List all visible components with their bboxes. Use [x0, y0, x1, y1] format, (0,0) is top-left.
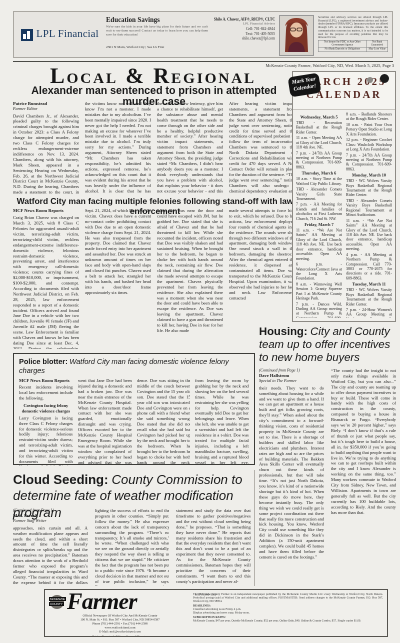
calendar-event: 11 a.m. - “We Are Not Saints” AA Meeting…: [296, 228, 342, 261]
ad-body-text: We're sure the kids in your life have bi…: [106, 25, 208, 37]
cloud-seeding-label: Cloud Seeding:: [13, 472, 108, 487]
article-column: statement and study the data over that t…: [176, 508, 251, 586]
article-column: “The county had the insight to not only …: [331, 368, 396, 586]
headline-housing: Housing: City and County team up to offe…: [259, 326, 396, 365]
masthead-left: McKENZIE COUNTY Farmer Official Newspape…: [45, 590, 191, 636]
calendar-event: TBD - WC Wolves Varsity Boys Basketball …: [346, 288, 392, 307]
calendar-event: 6 p.m. - Watercolors/Connect Java at the…: [296, 262, 342, 281]
calendar-event: 4 p.m. - AA Meeting at Northern Pump & C…: [346, 252, 392, 280]
column-text: “The county had the insight to not only …: [331, 368, 396, 515]
calendar-event: 7 p.m. - 24/7th AA Group meeting at Nort…: [296, 151, 342, 170]
ad-address: 2301 N Main, Watford City | See Us First: [106, 45, 208, 49]
masthead-name: Farmer: [67, 592, 137, 613]
calendar-event: 7 p.m. - 24-Hour Women's AA Group Meetin…: [346, 308, 392, 319]
article-column: went that Jane Doe had been injured duri…: [78, 378, 132, 466]
column-text: the court to show leniency, give him a c…: [157, 101, 223, 194]
article-column: from leaving the room by grabbing her by…: [195, 378, 249, 466]
calendar-date-header: Tuesday, March 11: [346, 282, 392, 287]
calendar-sidebar: Mark Your Calendar! MARCH 2025 CALENDAR …: [292, 71, 396, 322]
byline-title: Special to The Farmer: [259, 379, 324, 384]
police-blotter-body: MCF News Room Reports Recent incidents i…: [19, 378, 249, 466]
calendar-event: 7 p.m. - 24/7th AA Group meeting at Nort…: [346, 153, 392, 172]
column-text: made several attempts to force him to ex…: [229, 208, 295, 301]
lpl-logo-icon: [21, 29, 33, 41]
column-text: when she was near the door and could hav…: [157, 208, 223, 333]
pushpin-icon: [367, 77, 373, 83]
advisor-photo: [279, 15, 314, 56]
disclaimer-table: Not Insured by FDIC or Any Other Governm…: [318, 40, 388, 52]
disclaimer-cell: Not Bank Guaranteed: [366, 40, 387, 47]
calendar-date-header: Friday, March 7: [296, 223, 342, 228]
ad-banner: LPL Financial Education Savings We're su…: [13, 11, 393, 58]
column-divider-rule: [254, 470, 255, 586]
disclaimer-cell: Not Insured by FDIC or Any Other Governm…: [318, 40, 366, 47]
column-text: went that Jane Doe had been injured duri…: [78, 378, 132, 466]
pushpin-icon: [380, 74, 389, 83]
article-column: (Continued from Page 1) Dave Hallstrom S…: [259, 368, 324, 586]
ad-copy: Education Savings We're sure the kids in…: [106, 15, 208, 54]
calendar-event: TBD - Alexander Comets Varsity Girls Sta…: [296, 187, 342, 201]
blotter-intro: Recent incidents involving local law enf…: [19, 385, 73, 401]
column-text: lighting the success of efforts to end t…: [95, 508, 170, 586]
blotter-subhead: Covington facing felony domestic violenc…: [19, 403, 73, 414]
calendar-event: 8 a.m. - Winnowing Well Session 1: Grant…: [296, 282, 342, 301]
lpl-brand: LPL Financial: [18, 15, 102, 54]
calendar-column: 8 a.m. - Badlands Shooters at the Rough …: [346, 112, 392, 318]
masthead-right: The McKenzie County Farmer is an indepen…: [191, 590, 387, 636]
calendar-event: 11 a.m. - “We Are Not Saints” AA Meeting…: [346, 218, 392, 251]
calendar-date-header: Thursday, March 6: [296, 171, 342, 176]
police-blotter-header: Police blotter: Watford City man facing …: [19, 357, 249, 375]
column-text: from leaving the room by grabbing her by…: [195, 378, 249, 466]
calendar-event: 12 p.m. - Beginner Crochet Class: Washcl…: [346, 138, 392, 152]
ad-headline: Education Savings: [106, 17, 208, 24]
calendar-body: Wednesday, March 5TBD - Recreation Baske…: [293, 110, 395, 320]
calendar-event: 10 a.m. - Story Time at the Watford City…: [296, 177, 342, 186]
advisor-title: LPL Financial Advisor: [212, 22, 275, 26]
calendar-event: 7 p.m. - Dances Wild, Darling AA Group m…: [296, 302, 342, 318]
newspaper-page: { "page_meta": { "citation": "McKenzie C…: [0, 0, 400, 643]
subscription-rates: McKenzie County, $47 per year. Outside M…: [193, 620, 383, 624]
disclaimer-cell: Not Bank Deposits or Obligations: [318, 47, 366, 51]
publication-info: The McKenzie County Farmer is an indepen…: [193, 593, 383, 604]
lpl-brand-name: LPL Financial: [36, 29, 99, 40]
article-column: when she was near the door and could hav…: [157, 208, 223, 349]
column-text: approaches, rain curtain and all. A weat…: [13, 525, 88, 586]
police-blotter-box: Police blotter: Watford City man facing …: [13, 353, 255, 465]
calendar-event: TBD - Alexander Comets Varsity Boys Bask…: [346, 198, 392, 217]
disclaimer-cell: May Lose Value: [366, 47, 387, 51]
calendar-event: 7 p.m. - AA Meeting for friends and fami…: [296, 202, 342, 221]
column-text: their needs. They want to do something a…: [259, 385, 324, 560]
article-housing-body: (Continued from Page 1) Dave Hallstrom S…: [259, 368, 396, 586]
calendar-event: TBD - Recreation Basketball at the Rough…: [296, 120, 342, 134]
seal-text: McKENZIE: [49, 597, 66, 601]
article-column: After hearing victim impact statements, …: [229, 101, 295, 194]
column-text: statement and study the data over that t…: [176, 508, 251, 584]
masthead-box: McKENZIE COUNTY Farmer Official Newspape…: [44, 589, 388, 637]
byline-name: MCF News Room Reports: [19, 378, 73, 384]
calendar-event: 8 a.m. - Badlands Shooters at the Rough …: [346, 112, 392, 121]
column-text: Sept. 21, 2024, of which Doe was the vic…: [85, 208, 151, 295]
byline-title: Farmer Editor: [13, 107, 79, 112]
article-column: Sept. 21, 2024, of which Doe was the vic…: [85, 208, 151, 349]
column-text: Craig Brian Chavez was charged on March …: [13, 215, 79, 349]
column-text: the victims know me well and they know I…: [85, 101, 151, 194]
seal-text: COUNTY: [49, 602, 64, 606]
article-column: the court to show leniency, give him a c…: [157, 101, 223, 194]
column-text: David Chambers Jr., of Alexander, pleade…: [13, 113, 79, 194]
advisor-email: shilo.chavez@lpl.com: [212, 36, 275, 41]
article-column: made several attempts to force him to ex…: [229, 208, 295, 310]
article-column: the victims know me well and they know I…: [85, 101, 151, 194]
advisor-info: Shilo A. Chavez, AIF®, RICP®, CLTC LPL F…: [212, 15, 275, 54]
byline-title: Farmer Staff Writer: [13, 519, 88, 524]
calendar-header: Mark Your Calendar! MARCH 2025 CALENDAR: [293, 72, 395, 110]
article-column: Patrice Bumstead Farmer Editor David Cha…: [13, 101, 79, 194]
article-column: (Continued from Page 1) M.K. French Farm…: [13, 508, 88, 586]
police-blotter-label: Police blotter:: [19, 357, 68, 366]
masthead-editor: Patrice Bumstead, Editor - General Manag…: [49, 635, 191, 636]
ad-disclaimer: Securities and advisory services are off…: [318, 15, 388, 54]
column-text: dence. Doe was sitting in the middle of …: [137, 378, 191, 466]
deadline-item: Display advertising and news copy, Frida…: [193, 612, 383, 616]
article-column: dence. Doe was sitting in the middle of …: [137, 378, 191, 466]
county-seal-icon: McKENZIE COUNTY: [49, 594, 65, 610]
disclaimer-text: Securities and advisory services are off…: [318, 16, 388, 38]
article-attempted-murder-body: Patrice Bumstead Farmer Editor David Cha…: [13, 101, 295, 194]
calendar-event: TBD - WC Wolves Varsity Boys Basketball …: [346, 179, 392, 198]
calendar-date-header: Wednesday, March 5: [296, 115, 342, 120]
column-text: After hearing victim impact statements, …: [229, 101, 295, 194]
article-column: MCF News Room Reports Craig Brian Chavez…: [13, 208, 79, 349]
column-text: Larry Covington is facing three Class C …: [19, 415, 73, 466]
calendar-event: 11 a.m. - Open Meeting AA at Glory of th…: [296, 136, 342, 150]
divider-rule: [13, 61, 393, 62]
calendar-date-header: Monday, March 10: [346, 173, 392, 178]
article-cloud-seeding-body: (Continued from Page 1) M.K. French Farm…: [13, 508, 251, 586]
housing-label: Housing:: [259, 326, 307, 338]
article-column: MCF News Room Reports Recent incidents i…: [19, 378, 73, 466]
calendar-event: 10 a.m. - Paint Your Own Pottery Open St…: [346, 122, 392, 136]
article-standoff-body: MCF News Room Reports Craig Brian Chavez…: [13, 208, 295, 349]
calendar-column: Wednesday, March 5TBD - Recreation Baske…: [296, 112, 342, 318]
article-column: lighting the success of efforts to end t…: [95, 508, 170, 586]
